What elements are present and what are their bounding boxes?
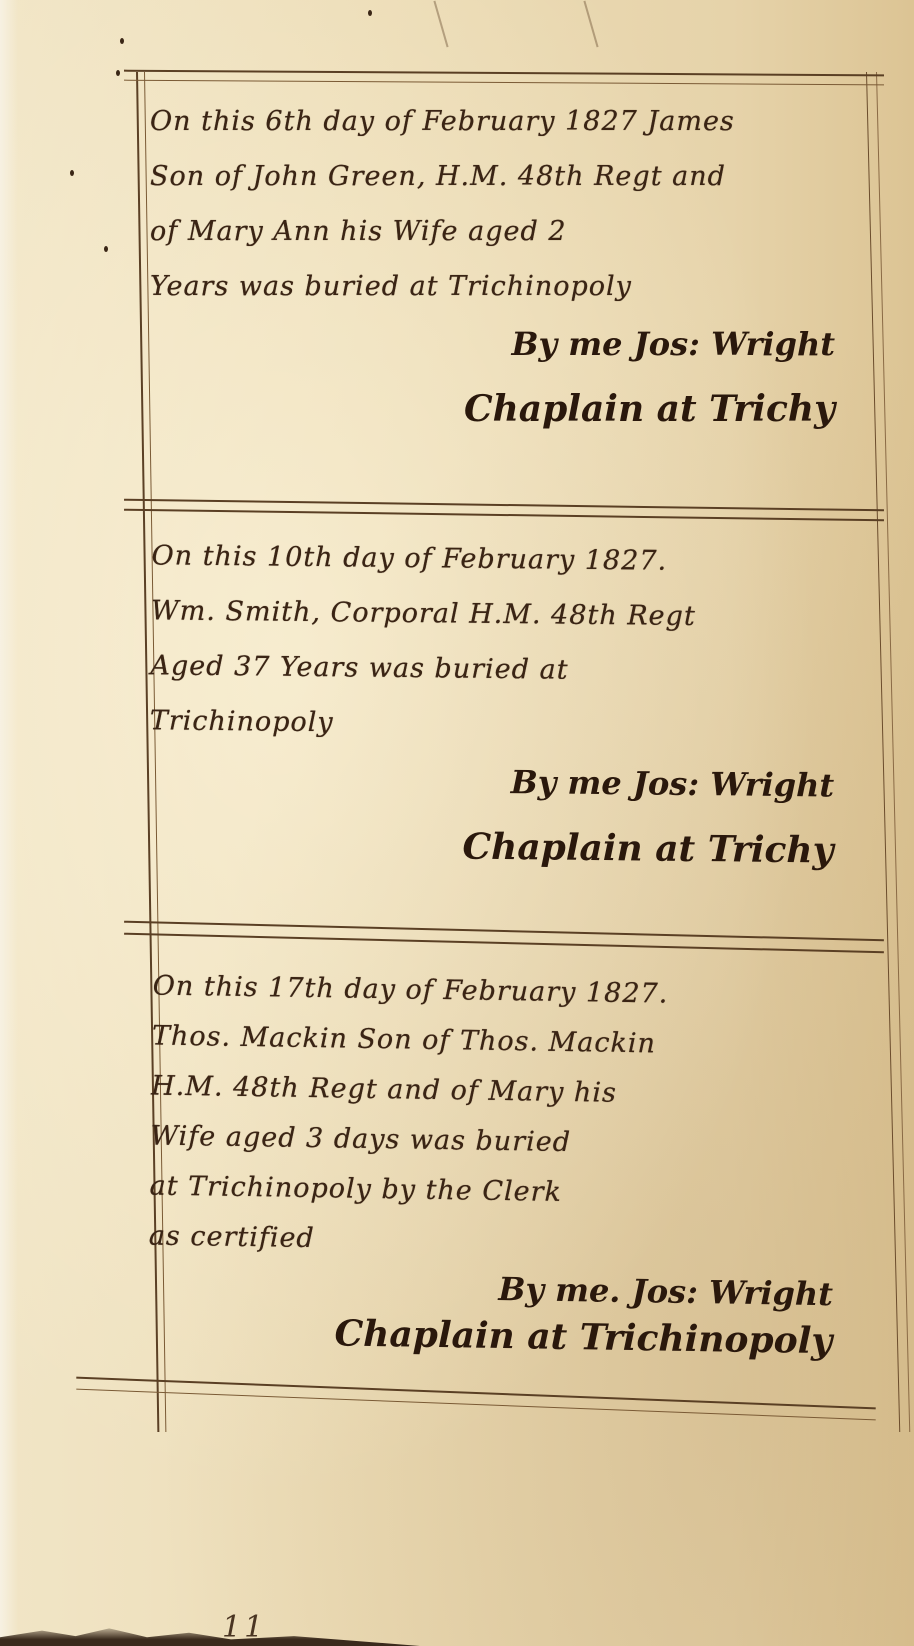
entry-line: On this 6th day of February 1827 James [150,94,855,149]
show-through-mark [583,1,598,48]
burial-entry: On this 10th day of February 1827. Wm. S… [148,528,857,885]
ink-speck [104,246,108,252]
entry-line: Wm. Smith, Corporal H.M. 48th Regt [151,583,857,645]
show-through-mark [433,1,448,48]
ink-speck [120,38,124,44]
frame-rule-right [866,72,900,1432]
ink-speck [368,10,372,16]
chaplain-title: Chaplain at Trichinopoly [147,1305,853,1366]
frame-top-rule [124,70,884,77]
entry-divider-2 [124,921,884,942]
frame-top-rule-inner [124,80,884,86]
chaplain-title: Chaplain at Trichy [150,374,855,444]
frame-rule-right-outer [876,72,910,1432]
burial-entry: On this 17th day of February 1827. Thos.… [147,961,858,1366]
chaplain-signature: By me Jos: Wright [149,748,855,815]
entry-divider-1-lower [124,509,884,522]
entry-line: Trichinopoly [150,693,856,755]
register-page: On this 6th day of February 1827 James S… [0,0,914,1646]
register-ruled-frame: On this 6th day of February 1827 James S… [136,72,871,1432]
ink-speck [116,70,120,76]
entry-line: Son of John Green, H.M. 48th Regt and [150,149,855,204]
burial-entry: On this 6th day of February 1827 James S… [150,94,855,444]
entry-line: On this 10th day of February 1827. [151,528,857,590]
entry-line: of Mary Ann his Wife aged 2 [150,204,855,259]
ink-speck [70,170,74,176]
chaplain-signature: By me Jos: Wright [150,314,855,374]
entry-line: Aged 37 Years was buried at [150,638,856,700]
entry-line: Years was buried at Trichinopoly [150,259,855,314]
torn-page-edge [0,1624,420,1646]
page-left-edge [0,0,18,1646]
chaplain-title: Chaplain at Trichy [148,808,854,885]
